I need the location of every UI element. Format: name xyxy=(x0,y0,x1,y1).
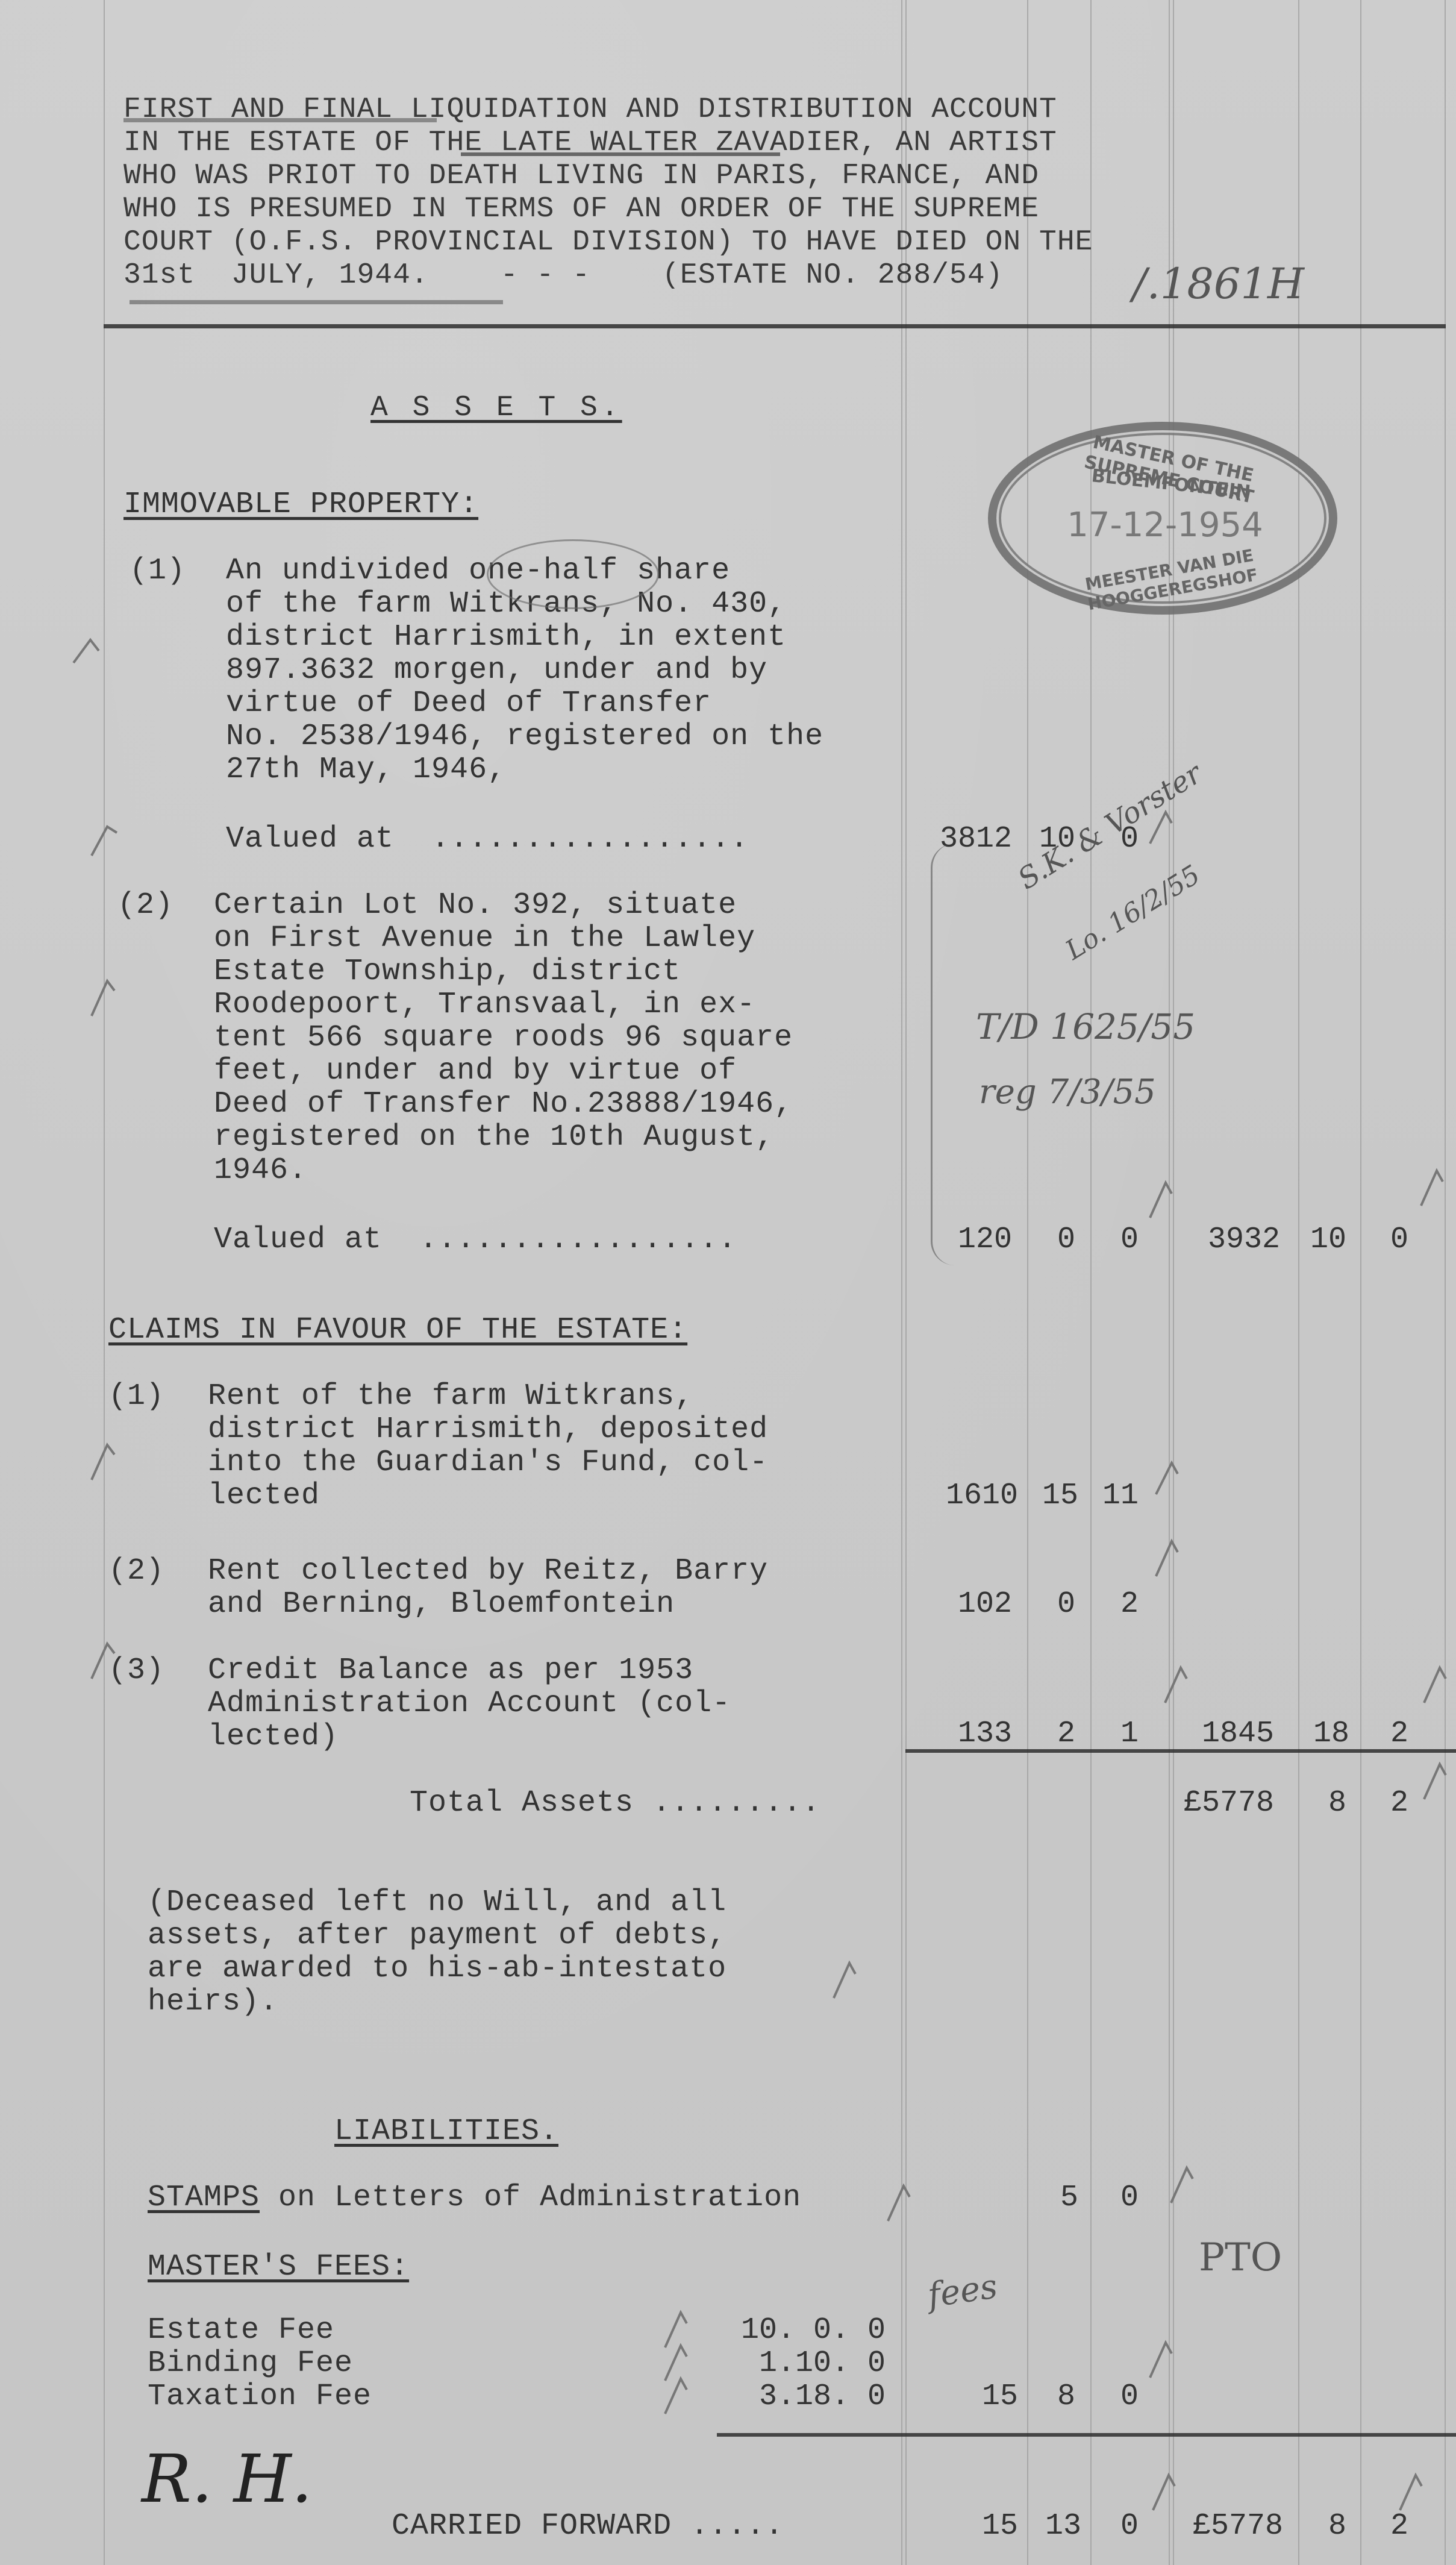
amount-shillings: 5 xyxy=(1027,2181,1078,2214)
column-rule xyxy=(1445,0,1446,2565)
item-line: Rent collected by Reitz, Barry xyxy=(208,1555,768,1588)
item-line: 27th May, 1946, xyxy=(226,753,506,786)
amount-pence: 1 xyxy=(1090,1717,1139,1750)
subtotal-shillings: 8 xyxy=(1027,2380,1075,2413)
note-line: heirs). xyxy=(148,1985,278,2018)
amount-pounds: 3812 xyxy=(916,822,1012,856)
check-tick-icon xyxy=(1148,807,1175,850)
check-tick-icon xyxy=(1148,1178,1175,1220)
pencil-underline xyxy=(123,118,437,122)
subtotal-shillings: 10 xyxy=(1298,1223,1346,1256)
amount-pounds: 120 xyxy=(916,1223,1012,1256)
total-rule xyxy=(905,1749,1456,1753)
item-line: No. 2538/1946, registered on the xyxy=(226,720,823,753)
cf-assets-shillings: 8 xyxy=(1298,2510,1346,2543)
item-line: and Berning, Bloemfontein xyxy=(208,1588,675,1621)
valued-at-label: Valued at ................. xyxy=(214,1223,737,1256)
check-tick-icon xyxy=(1154,1458,1181,1500)
check-tick-icon xyxy=(90,819,118,862)
cf-liabilities-pence: 0 xyxy=(1090,2510,1139,2543)
amount-pence: 0 xyxy=(1090,2181,1139,2214)
total-pounds: £5778 xyxy=(1166,1787,1274,1820)
check-tick-icon xyxy=(72,633,100,675)
subtotal-pence: 2 xyxy=(1360,1717,1408,1750)
amount-pence: 11 xyxy=(1090,1479,1139,1512)
carried-forward-label: CARRIED FORWARD ..... xyxy=(392,2510,784,2543)
valued-at-label: Valued at ................. xyxy=(226,822,749,856)
item-number: (1) xyxy=(130,554,186,587)
cf-liabilities-shillings: 13 xyxy=(1027,2510,1081,2543)
item-line: into the Guardian's Fund, col- xyxy=(208,1446,768,1479)
item-line: Credit Balance as per 1953 xyxy=(208,1654,693,1687)
item-line: district Harrismith, in extent xyxy=(226,621,786,654)
item-line: lected xyxy=(208,1479,320,1512)
master-court-stamp: MASTER OF THE SUPREME COURT BLOEMFONTEIN… xyxy=(988,422,1337,615)
total-pence: 2 xyxy=(1360,1787,1408,1820)
fee-amount: 10. 0. 0 xyxy=(693,2314,886,2347)
amount-pounds: 133 xyxy=(916,1717,1012,1750)
fee-label: Binding Fee xyxy=(148,2347,353,2380)
check-tick-icon xyxy=(1398,2470,1425,2513)
handwritten-pto: PTO xyxy=(1199,2235,1282,2280)
amount-shillings: 0 xyxy=(1027,1223,1075,1256)
item-line: Rent of the farm Witkrans, xyxy=(208,1380,693,1413)
item-line: Certain Lot No. 392, situate xyxy=(214,889,737,922)
column-rule xyxy=(901,0,902,2565)
margin-rule xyxy=(104,0,105,2565)
claims-heading: CLAIMS IN FAVOUR OF THE ESTATE: xyxy=(108,1314,687,1347)
cf-assets-pence: 2 xyxy=(1360,2510,1408,2543)
liabilities-heading: LIABILITIES. xyxy=(334,2115,558,2148)
check-tick-icon xyxy=(90,976,118,1018)
pencil-underline xyxy=(130,300,503,304)
amount-shillings: 15 xyxy=(1027,1479,1078,1512)
cf-assets-pounds: £5778 xyxy=(1166,2510,1283,2543)
column-rule xyxy=(1298,0,1299,2565)
column-rule xyxy=(1027,0,1028,2565)
handwritten-note: Lo. 16/2/55 xyxy=(1060,859,1205,966)
item-line: virtue of Deed of Transfer xyxy=(226,687,711,720)
subtotal-pounds: 3932 xyxy=(1175,1223,1280,1256)
check-tick-icon xyxy=(1154,1536,1181,1579)
subtotal-pence: 0 xyxy=(1090,2380,1139,2413)
column-rule xyxy=(1360,0,1361,2565)
note-line: (Deceased left no Will, and all xyxy=(148,1886,726,1919)
name-underline xyxy=(461,152,780,156)
item-number: (2) xyxy=(117,889,173,922)
column-rule xyxy=(1090,0,1092,2565)
item-line: tent 566 square roods 96 square xyxy=(214,1021,793,1054)
amount-pence: 0 xyxy=(1090,1223,1139,1256)
check-tick-icon xyxy=(886,2181,913,2223)
check-tick-icon xyxy=(1148,2338,1175,2380)
item-line: on First Avenue in the Lawley xyxy=(214,922,755,955)
stamps-label-bold: STAMPS xyxy=(148,2181,260,2215)
fee-amount: 3.18. 0 xyxy=(693,2380,886,2413)
item-line: 1946. xyxy=(214,1154,307,1187)
title-line: WHO IS PRESUMED IN TERMS OF AN ORDER OF … xyxy=(123,193,1039,226)
note-line: are awarded to his-ab-intestato xyxy=(148,1952,726,1985)
amount-shillings: 2 xyxy=(1027,1717,1075,1750)
amount-shillings: 0 xyxy=(1027,1588,1075,1621)
check-tick-icon xyxy=(1422,1663,1449,1705)
title-line: COURT (O.F.S. PROVINCIAL DIVISION) TO HA… xyxy=(123,226,1093,259)
total-shillings: 8 xyxy=(1298,1787,1346,1820)
stamp-bottom-text: MEESTER VAN DIE HOOGGEREGSHOF xyxy=(1031,536,1311,624)
amount-pence: 2 xyxy=(1090,1588,1139,1621)
document-page: FIRST AND FINAL LIQUIDATION AND DISTRIBU… xyxy=(0,0,1456,2565)
item-line: lected) xyxy=(208,1720,339,1753)
column-rule xyxy=(905,0,907,2565)
item-line: 897.3632 morgen, under and by xyxy=(226,654,767,687)
stamp-date: 17-12-1954 xyxy=(1063,506,1267,545)
amount-pounds: 102 xyxy=(916,1588,1012,1621)
handwritten-file-ref: /.1861H xyxy=(1133,259,1304,308)
immovable-property-heading: IMMOVABLE PROPERTY: xyxy=(123,488,478,521)
check-tick-icon xyxy=(90,1440,118,1482)
stamps-label: STAMPS on Letters of Administration xyxy=(148,2181,801,2214)
fee-label: Taxation Fee xyxy=(148,2380,372,2413)
check-tick-icon xyxy=(90,1639,118,1681)
item-line: registered on the 10th August, xyxy=(214,1121,774,1154)
header-divider xyxy=(104,324,1446,328)
fee-label: Estate Fee xyxy=(148,2314,334,2347)
cf-liabilities-pounds: 15 xyxy=(940,2510,1018,2543)
subtotal-pence: 0 xyxy=(1360,1223,1408,1256)
check-tick-icon xyxy=(1151,2470,1178,2513)
subtotal-pounds: 15 xyxy=(940,2380,1018,2413)
item-line: Deed of Transfer No.23888/1946, xyxy=(214,1088,793,1121)
stamps-label-rest: on Letters of Administration xyxy=(260,2181,801,2215)
check-tick-icon xyxy=(1163,1663,1190,1705)
handwritten-fees-note: fees xyxy=(925,2267,1000,2315)
pencil-circle xyxy=(487,539,659,609)
handwritten-transfer-ref: T/D 1625/55 xyxy=(976,1006,1195,1047)
check-tick-icon xyxy=(663,2374,690,2416)
check-tick-icon xyxy=(1169,2163,1196,2205)
item-line: Administration Account (col- xyxy=(208,1687,731,1720)
item-number: (2) xyxy=(108,1555,164,1588)
subtotal-shillings: 18 xyxy=(1298,1717,1349,1750)
amount-pounds: 1610 xyxy=(916,1479,1018,1512)
assets-heading: A S S E T S. xyxy=(370,392,622,425)
item-number: (1) xyxy=(108,1380,164,1413)
subtotal-pounds: 1845 xyxy=(1175,1717,1274,1750)
title-line: 31st JULY, 1944. - - - (ESTATE NO. 288/5… xyxy=(123,259,1003,292)
total-assets-label: Total Assets ......... xyxy=(410,1787,820,1820)
item-line: feet, under and by virtue of xyxy=(214,1054,737,1088)
fee-amount: 1.10. 0 xyxy=(693,2347,886,2380)
check-tick-icon xyxy=(831,1958,859,2000)
pencil-brace xyxy=(931,844,957,1265)
masters-fees-heading: MASTER'S FEES: xyxy=(148,2250,409,2284)
handwritten-reg-date: reg 7/3/55 xyxy=(979,1073,1156,1112)
item-line: Estate Township, district xyxy=(214,955,681,988)
handwritten-initials: R. H. xyxy=(142,2440,313,2517)
check-tick-icon xyxy=(1419,1166,1446,1208)
check-tick-icon xyxy=(1422,1759,1449,1802)
item-line: Roodepoort, Transvaal, in ex- xyxy=(214,988,755,1021)
fees-rule xyxy=(717,2433,1456,2437)
item-line: district Harrismith, deposited xyxy=(208,1413,768,1446)
note-line: assets, after payment of debts, xyxy=(148,1919,726,1952)
title-line: WHO WAS PRIOT TO DEATH LIVING IN PARIS, … xyxy=(123,160,1039,193)
